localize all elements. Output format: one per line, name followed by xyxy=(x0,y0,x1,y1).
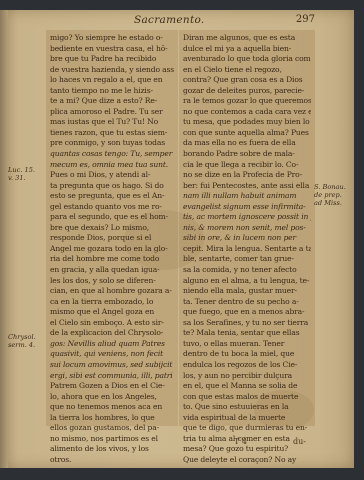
text-line: sibi in ore, & in lucem non per xyxy=(183,233,311,244)
text-line: que fuego, que en a menos abra- xyxy=(183,307,311,318)
text-line: dentro de tu boca la miel, que xyxy=(183,349,311,360)
text-line: mas iustas que el Tu? Tu! No xyxy=(50,117,174,128)
text-column-left: migo? Yo siempre he estado o-bediente en… xyxy=(50,33,174,465)
text-line: en el, que el Manna se solia de xyxy=(183,381,311,392)
text-line: esto se pregunta, que es el An- xyxy=(50,191,174,202)
text-line: migo? Yo siempre he estado o- xyxy=(50,33,174,44)
text-line: nis, & morem non senit, mel pos- xyxy=(183,223,311,234)
margin-note-luke: Luc. 15. v. 31. xyxy=(8,166,35,182)
margin-note-text: Luc. 15. xyxy=(8,166,35,174)
text-line: to. Que sino estuuieras en la xyxy=(183,402,311,413)
text-line: tria tu alma al comer en esta xyxy=(183,434,311,445)
margin-note-text: S. Bonau. xyxy=(314,183,346,191)
text-line: en el Cielo tiene el regozo, xyxy=(183,65,311,76)
text-line: plica amoroso el Padre. Tu ser xyxy=(50,107,174,118)
text-line: te a mi? Que dize a esto? Re- xyxy=(50,96,174,107)
text-line: gel estando quanto vos me ro- xyxy=(50,202,174,213)
margin-note-text: Chrysol. xyxy=(8,333,36,341)
margin-note-sub2: ad Miss. xyxy=(314,199,346,207)
margin-note-sub: v. 31. xyxy=(8,174,35,182)
text-line: responde Dios, porque si el xyxy=(50,233,174,244)
text-line: pre conmigo, y son tuyas todas xyxy=(50,138,174,149)
text-line: no mismo, nos partimos es el xyxy=(50,434,174,445)
text-line: Que deleyte el coraçon? No ay xyxy=(183,455,311,466)
running-header: Sacramento. 297 xyxy=(130,14,325,28)
text-line: nam illi nullam habuit animam xyxy=(183,191,311,202)
text-line: tanto tiempo no me le hizis- xyxy=(50,86,174,97)
text-line: Diran me algunos, que es esta xyxy=(183,33,311,44)
text-line: niendo ella mala, gustar muer- xyxy=(183,286,311,297)
text-line: que te digo, que durmieras tu en- xyxy=(183,423,311,434)
text-line: bediente en vuestra casa, el hō- xyxy=(50,44,174,55)
text-line: bre que tu Padre ha recibido xyxy=(50,54,174,65)
text-line: ta pregunta que os hago. Si do xyxy=(50,181,174,192)
text-line: sa los Serafines, y tu no ser tierra xyxy=(183,318,311,329)
text-line: evangelist signum esse infirmita- xyxy=(183,202,311,213)
text-line: sui locum amovimus, sed subijcit xyxy=(50,360,174,371)
text-line: ra le temos gozar lo que queremos xyxy=(183,96,311,107)
text-line: te? Mala tenia, sentar que ellas xyxy=(183,328,311,339)
text-line: aventurado lo que toda gloria como xyxy=(183,54,311,65)
text-line: Angel me gozara todo en la glo- xyxy=(50,244,174,255)
text-line: cia le que llega a recibir lo. Co- xyxy=(183,160,311,171)
text-line: no se dize en la Profecia de Pro- xyxy=(183,170,311,181)
text-line: endulca los regozos de los Cie- xyxy=(183,360,311,371)
text-line: dulce el mi ya a aquella bien- xyxy=(183,44,311,55)
text-line: les los dos, y solo se diferen- xyxy=(50,276,174,287)
text-line: mesa? Que gozo tu espiritu? xyxy=(183,444,311,455)
text-line: ergi, sibi est communia, illi, patri in xyxy=(50,371,174,382)
text-line: tis, ac mortem ignoscere possit in fi- xyxy=(183,212,311,223)
text-line: gos: Nevillis aliud quam Patres xyxy=(50,339,174,350)
text-line: ellos gozan gustamos, del pa- xyxy=(50,423,174,434)
text-line: quasivit, qui veniens, non fecit xyxy=(50,349,174,360)
text-line: Patrem Gozen a Dios en el Cie- xyxy=(50,381,174,392)
text-line: de la explicacion del Chrysolo- xyxy=(50,328,174,339)
text-line: con que sunte aquella alma? Pues xyxy=(183,128,311,139)
text-line: Pues o mi Dios, y atendi al- xyxy=(50,170,174,181)
text-line: con que estas malos de muerte xyxy=(183,392,311,403)
text-line: ber: fui Pentecostes, ante assi ella xyxy=(183,181,311,192)
text-line: mismo que el Angel goza en xyxy=(50,307,174,318)
text-line: tienes razon, que tu estas siem- xyxy=(50,128,174,139)
text-line: el Cielo sin emboço. A esto sir- xyxy=(50,318,174,329)
text-line: de vuestra hazienda, y siendo assi, xyxy=(50,65,174,76)
page-gutter xyxy=(0,10,8,468)
text-line: ca en la tierra embozado, lo xyxy=(50,297,174,308)
text-line: bre que dexais? Lo mismo, xyxy=(50,223,174,234)
text-line: cepit. Mira la lengua. Sentarte a ta- xyxy=(183,244,311,255)
margin-note-sub: serm. 4. xyxy=(8,341,36,349)
margin-note-chrysologus: Chrysol. serm. 4. xyxy=(8,333,36,349)
text-line: quantas cosas tengo: Tu, semper xyxy=(50,149,174,160)
text-line: alguno en el alma, a tu lengua, te- xyxy=(183,276,311,287)
text-column-right: Diran me algunos, que es estadulce el mi… xyxy=(183,33,311,465)
text-line: la tierra los hombres, lo que xyxy=(50,413,174,424)
text-line: tuvo, o ellas mueran. Tener xyxy=(183,339,311,350)
running-title: Sacramento. xyxy=(134,14,205,26)
catchword: du- xyxy=(293,437,306,446)
text-line: borando Padre sobre de mala- xyxy=(183,149,311,160)
text-line: contra? Que gran cosa es a Dios xyxy=(183,75,311,86)
margin-note-sub: de prep. xyxy=(314,191,346,199)
text-line: tu mesa, que podades muy bien lo xyxy=(183,117,311,128)
text-line: ria del hombre me come todo xyxy=(50,254,174,265)
text-line: otros. xyxy=(50,455,174,466)
margin-note-bonaventure: S. Bonau. de prep. ad Miss. xyxy=(314,183,346,207)
text-line: gozar de deleites puros, parecie- xyxy=(183,86,311,97)
text-line: lo haces vn regalo a el, que en xyxy=(50,75,174,86)
text-line: para el segundo, que es el hom- xyxy=(50,212,174,223)
text-line: ta. Tener dentro de su pecho a- xyxy=(183,297,311,308)
text-line: da mas ella no es fuera de ella xyxy=(183,138,311,149)
text-line: no que contemos a cada cara vez el xyxy=(183,107,311,118)
page-number: 297 xyxy=(296,14,315,25)
text-line: cian, en que al hombre gozara a- xyxy=(50,286,174,297)
signature-mark: T 4 xyxy=(234,437,247,446)
text-line: mecum es, omnia mea tua sunt. xyxy=(50,160,174,171)
text-line: los, y aun no percibir dulçura xyxy=(183,371,311,382)
text-line: ble, sentarte, comer tan grue- xyxy=(183,254,311,265)
text-line: alimento de los vivos, y los xyxy=(50,444,174,455)
text-line: sa la comida, y no tener afecto xyxy=(183,265,311,276)
text-line: en gracia, y alla quedan igua- xyxy=(50,265,174,276)
text-line: lo, ahora que en los Angeles, xyxy=(50,392,174,403)
text-line: vida espiritual de la muerte xyxy=(183,413,311,424)
text-line: que no tenemos menos aca en xyxy=(50,402,174,413)
